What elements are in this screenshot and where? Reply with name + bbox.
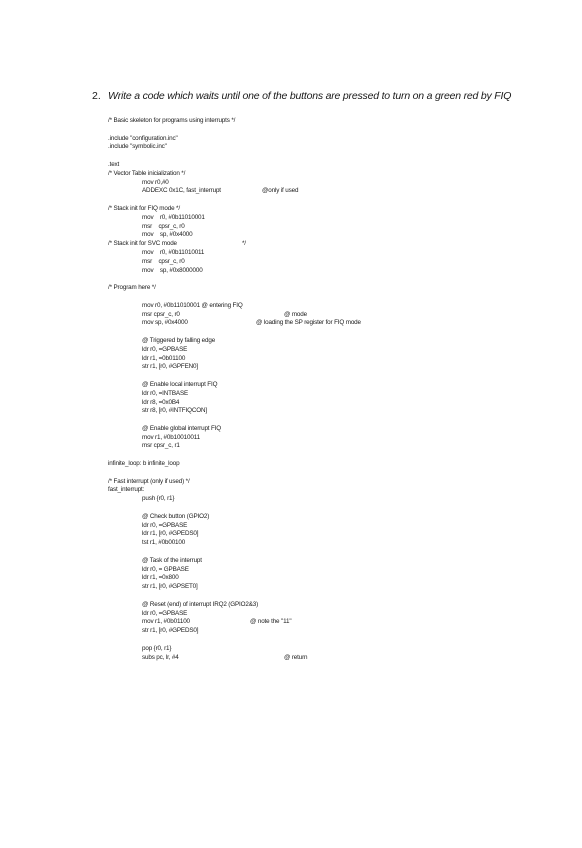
question-text: Write a code which waits until one of th… xyxy=(108,90,511,102)
code-text: mov r1, #0b01100 xyxy=(142,618,190,627)
question-heading: 2.Write a code which waits until one of … xyxy=(92,90,511,102)
question-number: 2. xyxy=(92,90,108,102)
code-text: /* Vector Table inicialization */ xyxy=(108,170,185,179)
code-text: msr cpsr_c, r0 xyxy=(142,311,180,320)
code-text: @ Enable global interrupt FIQ xyxy=(142,425,221,434)
code-text: ldr r0, =GPBASE xyxy=(142,610,187,619)
code-text: @ Reset (end) of interrupt IRQ2 (GPIO2&3… xyxy=(142,601,258,610)
code-text: /* Fast interrupt (only if used) */ xyxy=(108,478,190,487)
code-text: ldr r1, =0b01100 xyxy=(142,355,185,364)
code-text: mov sp, #0x4000 xyxy=(142,231,193,240)
code-text: /* Basic skeleton for programs using int… xyxy=(108,117,235,126)
code-text: pop {r0, r1} xyxy=(142,645,171,654)
code-text: mov r0, #0b11010001 xyxy=(142,214,205,223)
code-comment: @ return xyxy=(284,654,307,663)
code-text: msr cpsr_c, r0 xyxy=(142,223,185,232)
code-comment: @ mode xyxy=(284,311,307,320)
code-text: .include "symbolic.inc" xyxy=(108,143,167,152)
code-text: @ Triggered by falling edge xyxy=(142,337,215,346)
code-text: mov sp, #0x8000000 xyxy=(142,267,203,276)
code-text: mov r0, #0b11010011 xyxy=(142,249,204,258)
code-text: infinite_loop: b infinite_loop xyxy=(108,460,179,469)
code-text: tst r1, #0b00100 xyxy=(142,539,185,548)
code-text: @ Enable local interrupt FIQ xyxy=(142,381,217,390)
code-text: ldr r0, =GPBASE xyxy=(142,522,187,531)
code-comment: @ note the "11" xyxy=(250,618,291,627)
code-text: @ Check button (GPIO2) xyxy=(142,513,209,522)
code-text: str r1, [r0, #GPSET0] xyxy=(142,583,198,592)
code-text: ldr r0, =GPBASE xyxy=(142,346,187,355)
code-text: @ Task of the interrupt xyxy=(142,557,202,566)
code-text: mov r0, #0b11010001 @ entering FIQ xyxy=(142,302,243,311)
code-text: ldr r0, = GPBASE xyxy=(142,566,189,575)
code-comment: @ loading the SP register for FIQ mode xyxy=(256,319,361,328)
code-text: /* Stack init for SVC mode xyxy=(108,240,177,249)
code-text: fast_interrupt: xyxy=(108,486,144,495)
code-text: str r8, [r0, #INTFIQCON] xyxy=(142,407,207,416)
code-text: mov r0,#0 xyxy=(142,179,169,188)
code-text: push {r0, r1} xyxy=(142,495,174,504)
code-text: /* Program here */ xyxy=(108,284,156,293)
code-comment: */ xyxy=(242,240,246,249)
code-text: ldr r0, =INTBASE xyxy=(142,390,188,399)
code-text: str r1, [r0, #GPFEN0] xyxy=(142,363,198,372)
code-text: msr cpsr_c, r1 xyxy=(142,442,180,451)
code-text: ldr r8, =0x0B4 xyxy=(142,399,179,408)
code-comment: @only if used xyxy=(262,187,298,196)
code-text: mov sp, #0x4000 xyxy=(142,319,188,328)
code-text: ADDEXC 0x1C, fast_interrupt xyxy=(142,187,221,196)
code-text: .text xyxy=(108,161,119,170)
code-text: ldr r1, [r0, #GPEDS0] xyxy=(142,530,198,539)
code-text: ldr r1, =0x800 xyxy=(142,574,179,583)
code-text: str r1, [r0, #GPEDS0] xyxy=(142,627,198,636)
code-text: msr cpsr_c, r0 xyxy=(142,258,185,267)
code-text: .include "configuration.inc" xyxy=(108,135,178,144)
code-text: subs pc, lr, #4 xyxy=(142,654,179,663)
code-text: /* Stack init for FIQ mode */ xyxy=(108,205,180,214)
code-text: mov r1, #0b10010011 xyxy=(142,434,200,443)
